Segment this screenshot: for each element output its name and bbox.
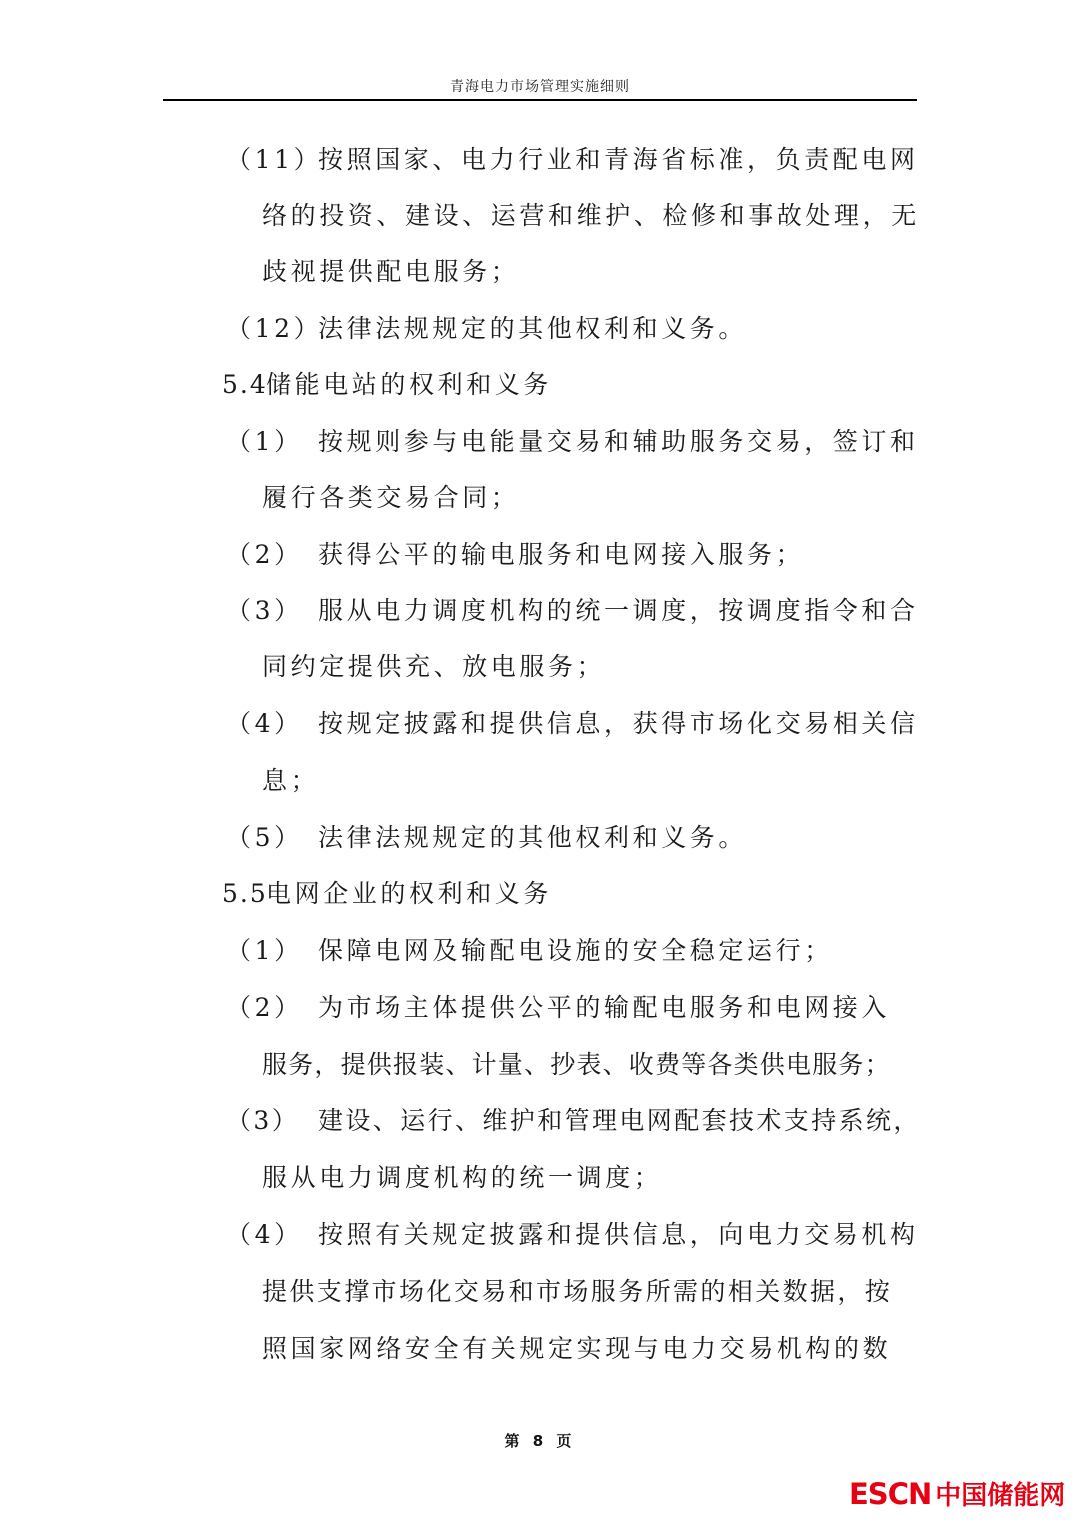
list-item-5-5-4-line-3: 照国家网络安全有关规定实现与电力交易机构的数 [262,1334,891,1364]
list-item-5-4-1-line-1: （1）按规则参与电能量交易和辅助服务交易，签订和 [226,427,919,457]
list-item-5-4-3-line-2: 同约定提供充、放电服务； [262,652,605,682]
item-text: 络的投资、建设、运营和维护、检修和事故处理，无 [262,201,920,230]
header-divider [163,99,917,101]
item-text: 履行各类交易合同； [262,483,519,512]
item-text: 息； [262,766,319,795]
list-item-11-line-2: 络的投资、建设、运营和维护、检修和事故处理，无 [262,201,920,231]
item-number: （2） [226,993,318,1023]
item-text: 法律法规规定的其他权利和义务。 [318,314,747,343]
item-text: 按照有关规定披露和提供信息，向电力交易机构 [318,1220,919,1249]
item-text: 获得公平的输电服务和电网接入服务； [318,540,804,569]
escn-watermark-logo: ESCN中国储能网 [849,1475,1065,1512]
item-text: 服务，提供报装、计量、抄表、收费等各类供电服务； [262,1050,891,1079]
list-item-5-5-3-line-2: 服从电力调度机构的统一调度； [262,1163,662,1193]
item-number: （3） [226,1106,318,1136]
page-number: 第 8 页 [0,1430,1080,1451]
logo-brand-cn: 中国储能网 [935,1481,1065,1511]
list-item-11-line-3: 歧视提供配电服务； [262,257,519,287]
list-item-11-line-1: （11）按照国家、电力行业和青海省标准，负责配电网 [226,145,919,175]
section-number: 5.5 [222,879,266,909]
list-item-5-4-4-line-2: 息； [262,766,319,796]
item-text: 保障电网及输配电设施的安全稳定运行； [318,936,833,965]
item-text: 服从电力调度机构的统一调度，按调度指令和合 [318,596,919,625]
item-number: （11） [226,145,318,175]
item-number: （4） [226,709,318,739]
item-number: （1） [226,427,318,457]
list-item-5-5-2-line-1: （2）为市场主体提供公平的输配电服务和电网接入 [226,993,890,1023]
list-item-12: （12）法律法规规定的其他权利和义务。 [226,314,747,344]
item-text: 按规则参与电能量交易和辅助服务交易，签订和 [318,427,919,456]
list-item-5-5-4-line-1: （4）按照有关规定披露和提供信息，向电力交易机构 [226,1220,919,1250]
list-item-5-4-2: （2）获得公平的输电服务和电网接入服务； [226,540,804,570]
list-item-5-5-1: （1）保障电网及输配电设施的安全稳定运行； [226,936,833,966]
section-title: 电网企业的权利和义务 [266,879,552,908]
section-heading-5-4: 5.4储能电站的权利和义务 [222,370,552,400]
item-number: （4） [226,1220,318,1250]
section-number: 5.4 [222,370,266,400]
list-item-5-4-3-line-1: （3）服从电力调度机构的统一调度，按调度指令和合 [226,596,919,626]
document-header-title: 青海电力市场管理实施细则 [0,76,1080,96]
list-item-5-4-5: （5）法律法规规定的其他权利和义务。 [226,823,747,853]
list-item-5-4-4-line-1: （4）按规定披露和提供信息，获得市场化交易相关信 [226,709,919,739]
section-heading-5-5: 5.5电网企业的权利和义务 [222,879,552,909]
item-number: （1） [226,936,318,966]
item-text: 建设、运行、维护和管理电网配套技术支持系统， [318,1106,921,1135]
item-text: 同约定提供充、放电服务； [262,652,605,681]
item-number: （3） [226,596,318,626]
list-item-5-4-1-line-2: 履行各类交易合同； [262,483,519,513]
list-item-5-5-4-line-2: 提供支撑市场化交易和市场服务所需的相关数据，按 [262,1277,892,1307]
item-text: 按照国家、电力行业和青海省标准，负责配电网 [318,145,919,174]
item-text: 按规定披露和提供信息，获得市场化交易相关信 [318,709,919,738]
item-text: 为市场主体提供公平的输配电服务和电网接入 [318,993,890,1022]
section-title: 储能电站的权利和义务 [266,370,552,399]
list-item-5-5-3-line-1: （3）建设、运行、维护和管理电网配套技术支持系统， [226,1106,921,1136]
item-number: （12） [226,314,318,344]
item-number: （5） [226,823,318,853]
item-text: 歧视提供配电服务； [262,257,519,286]
item-text: 照国家网络安全有关规定实现与电力交易机构的数 [262,1334,891,1363]
item-text: 提供支撑市场化交易和市场服务所需的相关数据，按 [262,1277,892,1306]
logo-brand-en: ESCN [849,1477,931,1511]
item-text: 服从电力调度机构的统一调度； [262,1163,662,1192]
item-number: （2） [226,540,318,570]
list-item-5-5-2-line-2: 服务，提供报装、计量、抄表、收费等各类供电服务； [262,1050,891,1080]
item-text: 法律法规规定的其他权利和义务。 [318,823,747,852]
